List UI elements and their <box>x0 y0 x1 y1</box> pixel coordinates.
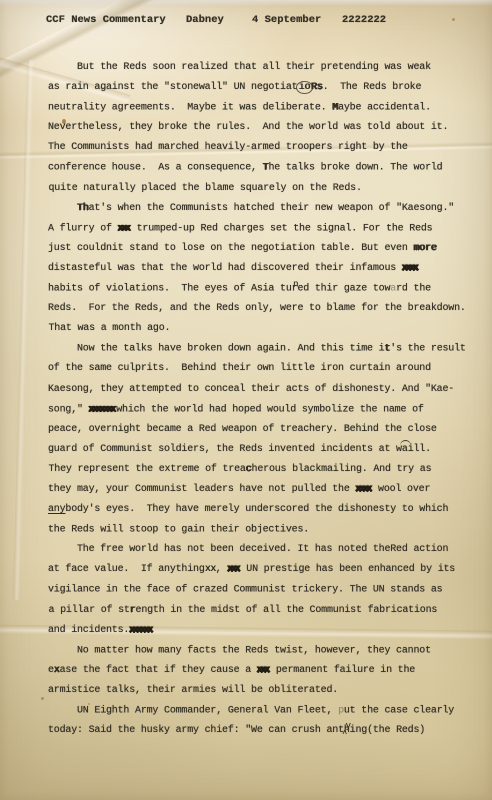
text-segment: the Reds will stoop to gain their object… <box>48 525 309 536</box>
text-segment: just couldnit stand to lose on the negot… <box>48 243 413 254</box>
header-date: 4 September <box>252 10 321 30</box>
text-segment: The Communists had marched heavily-armed… <box>48 142 408 153</box>
text-segment: and incidents. <box>48 625 129 636</box>
text-segment: peace, overnight became a Red weapon of … <box>48 424 437 435</box>
text-segment: UN prestige has been enhanced by its <box>240 564 455 575</box>
text-segment: neutrality agreements. Maybe it was deli… <box>48 103 332 114</box>
text-line: But the Reds soon realized that all thei… <box>48 58 478 78</box>
text-segment: Kaesong, they attempted to conceal their… <box>48 384 454 395</box>
text-line: A flurry of xxx trumped-up Red charges s… <box>48 219 478 239</box>
text-segment: ase the fact that if they cause a <box>60 665 257 676</box>
text-segment: trumped-up Red charges set the signal. F… <box>131 223 433 234</box>
text-line: neutrality agreements. Maybe it was deli… <box>48 99 478 119</box>
text-line: UN Eighth Army Commander, General Van Fl… <box>48 701 478 721</box>
text-segment: permanent failure in the <box>270 665 415 676</box>
text-line: of the same culprits. Behind their own l… <box>48 359 478 379</box>
header-code: 2222222 <box>342 10 386 30</box>
text-segment: any <box>48 504 65 515</box>
text-line: the Reds will stoop to gain their object… <box>48 521 478 541</box>
text-segment: vigilance in the face of crazed Communis… <box>48 585 442 596</box>
strikeout-mark: xx <box>205 564 216 575</box>
text-line: They represent the extreme of treacherou… <box>49 460 479 480</box>
text-line: guard of Communist soldiers, the Reds in… <box>48 440 478 460</box>
text-segment: guard of Communist soldiers, the Reds in… <box>48 444 402 455</box>
text-segment: . The Reds broke <box>323 82 422 93</box>
text-line: Reds. For the Reds, and the Reds only, w… <box>48 299 478 319</box>
text-line: Nevertheless, they broke the rules. And … <box>48 118 478 138</box>
text-segment: Th <box>77 203 89 214</box>
text-line: The free world has not been deceived. It… <box>48 540 478 560</box>
text-segment: today: Said the husky army chief: "We ca… <box>48 725 338 736</box>
text-line: anybody's eyes. They have merely undersc… <box>48 500 478 520</box>
text-line: The Communists had marched heavily-armed… <box>48 138 478 158</box>
text-line: distasteful was that the world had disco… <box>48 259 478 279</box>
text-segment: a pillar of st <box>49 605 130 616</box>
text-segment: body's eyes. They have merely underscore… <box>65 504 448 515</box>
text-line: That was a month ago. <box>49 319 479 339</box>
text-segment: quite naturally placed the blame squarel… <box>49 183 362 194</box>
text-segment: herous blackmailing. And try as <box>252 464 432 475</box>
text-line: exase the fact that if they cause a xxx … <box>48 661 478 681</box>
text-segment: at's when the Communists hatched their n… <box>89 203 454 214</box>
text-line: No matter how many facts the Reds twist,… <box>48 641 478 661</box>
text-segment: r <box>292 283 298 294</box>
header-title: CCF News Commentary <box>46 10 166 30</box>
text-segment: of the same culprits. Behind their own l… <box>48 363 431 374</box>
text-segment: conference house. As a consequence, <box>48 163 263 174</box>
text-line: habits of violations. The eyes of Asia t… <box>48 279 478 299</box>
text-segment: which the world had hoped would symboliz… <box>116 404 423 415</box>
text-line: just couldnit stand to lose on the negot… <box>48 239 478 259</box>
rust-speck <box>41 697 44 700</box>
text-segment: p <box>338 705 344 716</box>
text-line: That's when the Communists hatched their… <box>48 199 478 219</box>
paper-crease <box>13 60 34 600</box>
text-line: as rain against the "stonewall" UN negot… <box>48 78 478 98</box>
text-segment: UN Eighth Army Commander, General Van Fl… <box>48 705 338 716</box>
text-segment: wool over <box>372 484 430 495</box>
text-segment: ength in the midst of all the Communist … <box>136 605 438 616</box>
text-segment: at face value. If anything <box>48 564 205 575</box>
strikeout-mark: xxx <box>118 223 131 234</box>
text-segment: ed thir gaze tow <box>297 283 390 294</box>
text-segment: a <box>390 283 396 294</box>
text-line: they may, your Communist leaders have no… <box>48 480 478 500</box>
text-segment: distasteful was that the world had disco… <box>48 263 402 274</box>
text-segment: armistice talks, their armies will be ob… <box>48 685 338 696</box>
text-line: at face value. If anythingxx, xxx UN pre… <box>48 560 478 580</box>
document-body: But the Reds soon realized that all thei… <box>48 58 478 741</box>
text-segment <box>48 203 77 214</box>
text-segment: The free world has not been deceived. It… <box>48 544 448 555</box>
text-segment: 's the result <box>390 344 465 355</box>
text-segment: a <box>402 444 408 455</box>
text-line: peace, overnight became a Red weapon of … <box>48 420 478 440</box>
text-segment: habits of violations. The eyes of Asia t… <box>48 283 292 294</box>
strikeout-mark: xxxx <box>355 484 372 495</box>
text-line: today: Said the husky army chief: "We ca… <box>48 721 478 741</box>
text-segment: thing <box>338 725 367 736</box>
text-line: armistice talks, their armies will be ob… <box>48 681 478 701</box>
strikeout-mark: xxx <box>257 665 270 676</box>
document-header: CCF News Commentary Dabney 4 September 2… <box>0 10 492 30</box>
text-segment: song," <box>48 404 89 415</box>
strikeout-mark: xxxxxxx <box>89 404 117 415</box>
text-segment: more <box>413 243 436 254</box>
text-segment: But the Reds soon realized that all thei… <box>48 62 431 73</box>
text-segment: That was a month ago. <box>49 323 171 334</box>
text-line: and incidents.xxxxxx <box>48 621 478 641</box>
header-author: Dabney <box>186 10 224 30</box>
text-line: a pillar of strength in the midst of all… <box>49 601 479 621</box>
text-segment: A flurry of <box>48 223 118 234</box>
text-line: quite naturally placed the blame squarel… <box>49 179 479 199</box>
text-segment: Now the talks have broken down again. An… <box>48 344 384 355</box>
text-segment: Reds. For the Reds, and the Reds only, w… <box>48 303 466 314</box>
text-line: vigilance in the face of crazed Communis… <box>48 581 478 601</box>
document-page: CCF News Commentary Dabney 4 September 2… <box>0 0 492 800</box>
text-segment: They represent the extreme of trea <box>49 464 246 475</box>
text-segment: Nevertheless, they broke the rules. And … <box>48 122 448 133</box>
text-segment: rd the <box>396 283 431 294</box>
text-line: Kaesong, they attempted to conceal their… <box>48 380 478 400</box>
strikeout-mark: xxxx <box>402 263 419 274</box>
text-segment: (the Reds) <box>367 725 425 736</box>
text-segment: ut the case clearly <box>344 705 454 716</box>
strikeout-mark: xxx <box>227 564 240 575</box>
text-line: Now the talks have broken down again. An… <box>48 340 478 360</box>
text-line: song," xxxxxxxwhich the world had hoped … <box>48 400 478 420</box>
strikeout-mark: xxxxxx <box>129 625 153 636</box>
text-segment: ill. <box>408 444 431 455</box>
text-segment: Rs <box>311 82 323 93</box>
text-segment: No matter how many facts the Reds twist,… <box>48 645 431 656</box>
text-segment: aybe accidental. <box>338 103 431 114</box>
text-line: conference house. As a consequence, The … <box>48 159 478 179</box>
text-segment: as rain against the "stonewall" UN negot… <box>48 82 297 93</box>
text-segment: they may, your Communist leaders have no… <box>48 484 355 495</box>
text-segment: he talks broke down. The world <box>268 163 442 174</box>
scan-edge <box>0 0 492 6</box>
text-segment: , <box>216 564 228 575</box>
